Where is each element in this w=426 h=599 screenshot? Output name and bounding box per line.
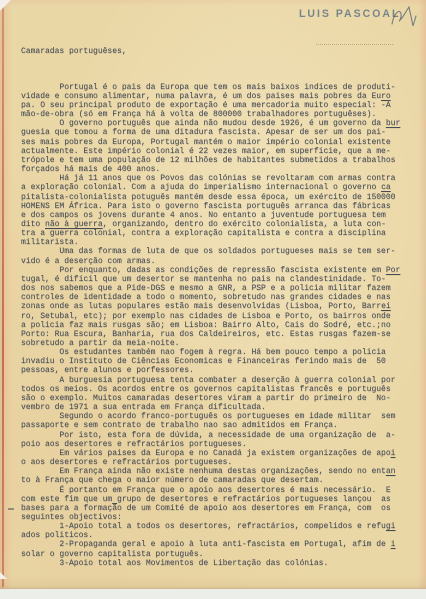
text-segment: pessoas, entre alunos e porfessores. xyxy=(21,366,194,375)
document-line: É portanto em França que o apoio aos des… xyxy=(21,486,417,495)
text-segment: Em França ainda não existe nenhuma desta… xyxy=(21,467,386,476)
document-line: pa. O seu principal produto de exportaçã… xyxy=(21,101,417,110)
text-segment: Os estudantes também nao fogem à regra. … xyxy=(21,348,386,357)
underlined-text: i xyxy=(391,540,396,549)
document-line: Em vários paises da Europa e no Canadá j… xyxy=(21,449,417,458)
document-line: Porto: Rua Escura, Banharia, rua dos Cal… xyxy=(21,330,417,339)
document-line: militarista. xyxy=(21,238,417,247)
paper-corner-bottom-left xyxy=(0,572,7,579)
owner-stamp: LUIS PASCOAL xyxy=(299,8,400,21)
document-line: pitalista-colonialista potuguês mantém d… xyxy=(21,193,417,202)
document-line: tra a guerra colonial, contra a exploraç… xyxy=(21,229,417,238)
underlined-text: gi xyxy=(386,522,396,531)
text-segment: grupo de desertores e refractários portu… xyxy=(117,495,391,504)
document-line: Portugal é o pais da Europa que tem os m… xyxy=(21,83,417,92)
document-line: poio aos desertores e refractários portu… xyxy=(21,440,417,449)
text-segment: ados politicos. xyxy=(21,531,93,540)
text-segment: ses mais pobres da Europa, Portugal mant… xyxy=(21,138,391,147)
text-segment: a exploração colonial. Com a ajuda do im… xyxy=(21,183,381,192)
underlined-text: i xyxy=(391,449,396,458)
underlined-text: não à guerra xyxy=(45,220,103,229)
document-line: A burguesia portuguesa tenta combater a … xyxy=(21,376,417,385)
text-segment: são o exemplo. Muitos camaradas desertor… xyxy=(21,394,391,403)
document-line: ses mais pobres da Europa, Portugal mant… xyxy=(21,138,417,147)
document-line: vido é a deserção com armas. xyxy=(21,257,417,266)
text-segment: seguintes objectivos: xyxy=(21,513,122,522)
text-segment: poio aos desertores e refractários portu… xyxy=(21,440,247,449)
text-segment: vidade e consumo alimentar, numa palavra… xyxy=(21,92,381,101)
document-line: a exploração colonial. Com a ajuda do im… xyxy=(21,183,417,192)
salutation: Camaradas portuguêses, xyxy=(21,47,417,57)
document-line: Há já 11 anos que os Povos das colónias … xyxy=(21,174,417,183)
document-line: Por isto, esta fora de dúvida, a necessi… xyxy=(21,431,417,440)
text-segment: a policia faz mais rusgas são; em Lisboa… xyxy=(21,321,391,330)
text-segment: Em vários paises da Europa e no Canadá j… xyxy=(21,449,391,458)
document-line: Por enquanto, dadas as condições de repr… xyxy=(21,266,417,275)
text-segment: pitalista-colonialista potuguês mantém d… xyxy=(21,193,395,202)
text-segment: dos nos sabemos que a Pide-DGS e mesmo a… xyxy=(21,284,391,293)
text-segment: solar o governo capitalista português. xyxy=(21,550,203,559)
underlined-text: ro xyxy=(381,92,391,101)
document-text: Camaradas portuguêses, Portugal é o pais… xyxy=(21,29,417,586)
text-segment: tra a guerra colonial, contra a exploraç… xyxy=(21,229,386,238)
document-line: Em França ainda não existe nenhuma desta… xyxy=(21,467,417,476)
paper: LUIS PASCOAL Camaradas portuguêses, Port… xyxy=(0,0,426,589)
document-line: a policia faz mais rusgas são; em Lisboa… xyxy=(21,321,417,330)
text-segment: pa. O seu principal produto de exportaçã… xyxy=(21,101,391,110)
document-line: vidade e consumo alimentar, numa palavra… xyxy=(21,92,417,101)
text-segment: 1-Apoio total a todos os desertores, ref… xyxy=(21,522,386,531)
text-segment: forçados há mais de 400 anos. xyxy=(21,165,160,174)
text-segment: mão-de-obra (só em França há à volta de … xyxy=(21,110,376,119)
scan-bottom-strip xyxy=(0,589,426,599)
document-line: solar o governo capitalista português. xyxy=(21,550,417,559)
document-line: Os estudantes também nao fogem à regra. … xyxy=(21,348,417,357)
document-line: guesia que tomou a forma de uma ditadura… xyxy=(21,128,417,137)
text-segment: Segundo o acordo franco-português os por… xyxy=(21,412,395,421)
text-segment: dito xyxy=(21,220,45,229)
document-line: 1-Apoio total a todos os desertores, ref… xyxy=(21,522,417,531)
text-segment: militarista. xyxy=(21,238,79,247)
text-segment: zonas onde as lutas populares estão mais… xyxy=(21,302,381,311)
document-line: e dos campos os jovens durante 4 anos. N… xyxy=(21,211,417,220)
document-line: o aos desertores e refractários portugue… xyxy=(21,458,417,467)
document-line: passaporte e sem contrato de trabalho na… xyxy=(21,421,417,430)
stray-margin-mark xyxy=(8,508,14,510)
document-line: ados politicos. xyxy=(21,531,417,540)
text-segment: vembro de 1971 a sua entrada em França d… xyxy=(21,403,266,412)
text-segment: vido é a deserção com armas. xyxy=(21,257,155,266)
text-segment: tugal, é dificil que um desertor se mant… xyxy=(21,275,386,284)
text-segment: controles de identidade a todo o momento… xyxy=(21,293,391,302)
text-segment: 2-Propaganda geral e apoio à luta anti-f… xyxy=(21,540,391,549)
document-line: forçados há mais de 400 anos. xyxy=(21,165,417,174)
text-segment: todos os meios. Os acordos entre os gove… xyxy=(21,385,391,394)
document-line: mão-de-obra (só em França há à volta de … xyxy=(21,110,417,119)
document-line: Uma das formas de luta de que os soldado… xyxy=(21,247,417,256)
text-segment: É portanto em França que o apoio aos des… xyxy=(21,486,391,495)
text-segment: Portugal é o pais da Europa que tem os m… xyxy=(21,83,395,92)
text-segment: passaporte e sem contrato de trabalho na… xyxy=(21,421,338,430)
document-line: to à França que chega o maior número de … xyxy=(21,476,417,485)
text-segment: actualmente. Este império colonial é 22 … xyxy=(21,147,391,156)
document-line: invadiu o Instituto de Ciências Economic… xyxy=(21,357,417,366)
paper-corner-top-left xyxy=(0,0,11,11)
document-line: zonas onde as lutas populares estão mais… xyxy=(21,302,417,311)
document-line: Segundo o acordo franco-português os por… xyxy=(21,412,417,421)
document-line: pessoas, entre alunos e porfessores. xyxy=(21,366,417,375)
document-line: bases para a formação de um Comité de ap… xyxy=(21,504,417,513)
document-line: 2-Propaganda geral e apoio à luta anti-f… xyxy=(21,540,417,549)
underlined-text: Por xyxy=(386,266,400,275)
document-line: sobretudo a partir da meia-noite. xyxy=(21,339,417,348)
underlined-text: ei xyxy=(381,302,391,311)
document-line: tugal, é dificil que um desertor se mant… xyxy=(21,275,417,284)
underlined-text: bur xyxy=(386,119,400,128)
text-segment: , organizando, dentro do exército coloni… xyxy=(103,220,386,229)
document-line: seguintes objectivos: xyxy=(21,513,417,522)
text-segment: A burguesia portuguesa tenta combater a … xyxy=(21,376,395,385)
text-segment: Porto: Rua Escura, Banharia, rua dos Cal… xyxy=(21,330,391,339)
text-segment: 3-Apoio total aos Movimentos de Libertaç… xyxy=(21,559,328,568)
text-segment: sobretudo a partir da meia-noite. xyxy=(21,339,179,348)
text-segment: o aos desertores e refractários portugue… xyxy=(21,458,232,467)
document-line: trópole e tem uma população de 12 milhõe… xyxy=(21,156,417,165)
paper-left-edge xyxy=(2,4,4,587)
underlined-text: ca xyxy=(381,183,391,192)
text-segment: Há já 11 anos que os Povos das colónias … xyxy=(21,174,395,183)
text-segment: Uma das formas de luta de que os soldado… xyxy=(21,247,395,256)
document-line: ro, Setubal, etc); por exemplo nas cidad… xyxy=(21,312,417,321)
document-line: são o exemplo. Muitos camaradas desertor… xyxy=(21,394,417,403)
text-segment: trópole e tem uma população de 12 milhõe… xyxy=(21,156,395,165)
text-segment: to à França que chega o maior número de … xyxy=(21,476,323,485)
text-segment: O governo português que ainda não mudou … xyxy=(21,119,386,128)
text-segment: HOMENS EM África. Para isto o governo fa… xyxy=(21,202,391,211)
text-segment: ro, Setubal, etc); por exemplo nas cidad… xyxy=(21,312,391,321)
text-segment: bases para a formação de um Comité de ap… xyxy=(21,504,391,513)
document-line: com este fim que um grupo de desertores … xyxy=(21,495,417,504)
text-segment: Por isto, esta fora de dúvida, a necessi… xyxy=(21,431,395,440)
document-line: dos nos sabemos que a Pide-DGS e mesmo a… xyxy=(21,284,417,293)
text-segment: e dos campos os jovens durante 4 anos. N… xyxy=(21,211,386,220)
document-line: 3-Apoio total aos Movimentos de Libertaç… xyxy=(21,559,417,568)
underlined-text: an xyxy=(386,467,396,476)
document-line: todos os meios. Os acordos entre os gove… xyxy=(21,385,417,394)
text-segment: invadiu o Instituto de Ciências Economic… xyxy=(21,357,386,366)
document-line: controles de identidade a todo o momento… xyxy=(21,293,417,302)
text-segment: com este fim que um xyxy=(21,495,112,504)
document-line: HOMENS EM África. Para isto o governo fa… xyxy=(21,202,417,211)
document-line: vembro de 1971 a sua entrada em França d… xyxy=(21,403,417,412)
handwritten-mark-icon xyxy=(388,2,420,32)
text-segment: guesia que tomou a forma de uma ditadura… xyxy=(21,128,386,137)
document-line: dito não à guerra, organizando, dentro d… xyxy=(21,220,417,229)
document-lines: Portugal é o pais da Europa que tem os m… xyxy=(21,83,417,568)
text-segment: Por enquanto, dadas as condições de repr… xyxy=(21,266,386,275)
document-line: actualmente. Este império colonial é 22 … xyxy=(21,147,417,156)
document-line: O governo português que ainda não mudou … xyxy=(21,119,417,128)
